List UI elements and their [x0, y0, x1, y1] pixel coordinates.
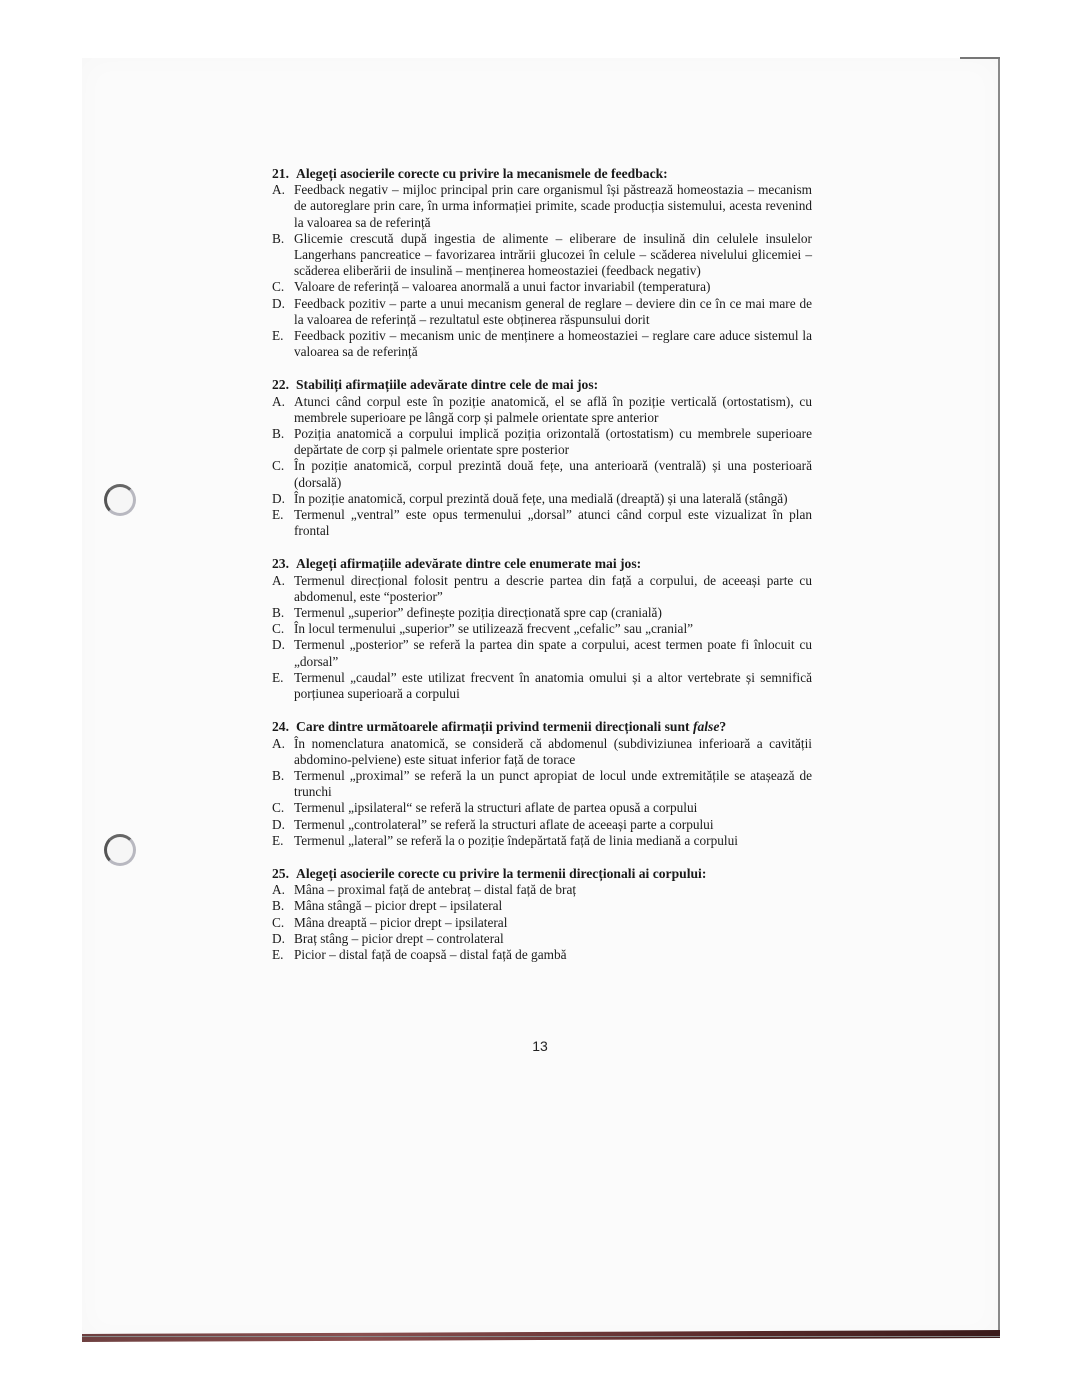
option-letter: E.	[272, 833, 294, 849]
question-22: 22. Stabiliți afirmațiile adevărate dint…	[272, 377, 812, 539]
question-text: Alegeți asocierile corecte cu privire la…	[296, 866, 706, 882]
option-d: D.În poziție anatomică, corpul prezintă …	[272, 491, 812, 507]
question-text-suffix: ?	[719, 719, 726, 734]
option-c: C.Mâna dreaptă – picior drept – ipsilate…	[272, 915, 812, 931]
question-text-emphasis: false	[693, 719, 719, 734]
question-text: Alegeți afirmațiile adevărate dintre cel…	[296, 556, 641, 572]
option-letter: B.	[272, 768, 294, 800]
option-b: B.Termenul „proximal” se referă la un pu…	[272, 768, 812, 800]
option-letter: E.	[272, 670, 294, 702]
option-c: C.În poziție anatomică, corpul prezintă …	[272, 458, 812, 490]
question-title: 25. Alegeți asocierile corecte cu privir…	[272, 866, 812, 882]
option-c: C.Valoare de referință – valoarea anorma…	[272, 279, 812, 295]
option-letter: B.	[272, 605, 294, 621]
option-letter: A.	[272, 736, 294, 768]
option-d: D.Termenul „controlateral” se referă la …	[272, 817, 812, 833]
option-text: Mâna – proximal față de antebraț – dista…	[294, 882, 812, 898]
question-title: 23. Alegeți afirmațiile adevărate dintre…	[272, 556, 812, 572]
option-a: A.Atunci când corpul este în poziție ana…	[272, 394, 812, 426]
option-letter: C.	[272, 621, 294, 637]
option-e: E.Feedback pozitiv – mecanism unic de me…	[272, 328, 812, 360]
option-text: Feedback negativ – mijloc principal prin…	[294, 182, 812, 231]
option-text: Termenul „posterior” se referă la partea…	[294, 637, 812, 669]
option-letter: C.	[272, 915, 294, 931]
question-number: 21.	[272, 166, 296, 182]
option-text: Feedback pozitiv – parte a unui mecanism…	[294, 296, 812, 328]
option-d: D.Feedback pozitiv – parte a unui mecani…	[272, 296, 812, 328]
option-text: În nomenclatura anatomică, se consideră …	[294, 736, 812, 768]
option-e: E.Termenul „caudal” este utilizat frecve…	[272, 670, 812, 702]
option-text: Termenul „controlateral” se referă la st…	[294, 817, 812, 833]
option-e: E.Picior – distal față de coapsă – dista…	[272, 947, 812, 963]
option-text: Mâna dreaptă – picior drept – ipsilatera…	[294, 915, 812, 931]
option-letter: E.	[272, 947, 294, 963]
option-letter: A.	[272, 182, 294, 231]
option-letter: A.	[272, 573, 294, 605]
question-23: 23. Alegeți afirmațiile adevărate dintre…	[272, 556, 812, 702]
option-text: Termenul „superior” definește poziția di…	[294, 605, 812, 621]
option-letter: B.	[272, 898, 294, 914]
option-letter: C.	[272, 458, 294, 490]
question-25: 25. Alegeți asocierile corecte cu privir…	[272, 866, 812, 963]
option-b: B.Termenul „superior” definește poziția …	[272, 605, 812, 621]
option-text: În poziție anatomică, corpul prezintă do…	[294, 458, 812, 490]
option-d: D.Termenul „posterior” se referă la part…	[272, 637, 812, 669]
option-text: Picior – distal față de coapsă – distal …	[294, 947, 812, 963]
punch-hole-icon	[104, 484, 136, 516]
option-text: Termenul „ipsilateral“ se referă la stru…	[294, 800, 812, 816]
option-b: B.Glicemie crescută după ingestia de ali…	[272, 231, 812, 280]
option-a: A.Feedback negativ – mijloc principal pr…	[272, 182, 812, 231]
option-text: Termenul „caudal” este utilizat frecvent…	[294, 670, 812, 702]
option-letter: D.	[272, 637, 294, 669]
option-text: Termenul „lateral” se referă la o poziți…	[294, 833, 812, 849]
option-text: Termenul „proximal” se referă la un punc…	[294, 768, 812, 800]
question-title: 21. Alegeți asocierile corecte cu privir…	[272, 166, 812, 182]
question-24: 24. Care dintre următoarele afirmații pr…	[272, 719, 812, 849]
sheet-edge-top	[960, 57, 1000, 59]
question-number: 25.	[272, 866, 296, 882]
option-c: C.În locul termenului „superior” se util…	[272, 621, 812, 637]
option-letter: D.	[272, 817, 294, 833]
option-text: Atunci când corpul este în poziție anato…	[294, 394, 812, 426]
option-text: Feedback pozitiv – mecanism unic de menț…	[294, 328, 812, 360]
option-text: Mâna stângă – picior drept – ipsilateral	[294, 898, 812, 914]
option-letter: A.	[272, 882, 294, 898]
question-text: Alegeți asocierile corecte cu privire la…	[296, 166, 668, 182]
option-e: E.Termenul „ventral” este opus termenulu…	[272, 507, 812, 539]
option-text: În locul termenului „superior” se utiliz…	[294, 621, 812, 637]
option-text: Valoare de referință – valoarea anormală…	[294, 279, 812, 295]
punch-hole-icon	[104, 834, 136, 866]
question-text-main: Care dintre următoarele afirmații privin…	[296, 719, 693, 734]
question-title: 24. Care dintre următoarele afirmații pr…	[272, 719, 812, 735]
option-letter: C.	[272, 800, 294, 816]
question-text: Care dintre următoarele afirmații privin…	[296, 719, 726, 735]
question-title: 22. Stabiliți afirmațiile adevărate dint…	[272, 377, 812, 393]
option-text: Termenul „ventral” este opus termenului …	[294, 507, 812, 539]
option-letter: B.	[272, 426, 294, 458]
question-number: 22.	[272, 377, 296, 393]
question-21: 21. Alegeți asocierile corecte cu privir…	[272, 166, 812, 360]
option-text: Glicemie crescută după ingestia de alime…	[294, 231, 812, 280]
option-a: A.În nomenclatura anatomică, se consider…	[272, 736, 812, 768]
option-text: În poziție anatomică, corpul prezintă do…	[294, 491, 812, 507]
option-letter: C.	[272, 279, 294, 295]
option-text: Termenul direcțional folosit pentru a de…	[294, 573, 812, 605]
option-letter: E.	[272, 507, 294, 539]
option-d: D.Braț stâng – picior drept – controlate…	[272, 931, 812, 947]
question-number: 24.	[272, 719, 296, 735]
option-b: B.Mâna stângă – picior drept – ipsilater…	[272, 898, 812, 914]
option-b: B.Poziția anatomică a corpului implică p…	[272, 426, 812, 458]
option-a: A.Mâna – proximal față de antebraț – dis…	[272, 882, 812, 898]
option-text: Poziția anatomică a corpului implică poz…	[294, 426, 812, 458]
option-c: C.Termenul „ipsilateral“ se referă la st…	[272, 800, 812, 816]
option-letter: D.	[272, 931, 294, 947]
option-letter: B.	[272, 231, 294, 280]
page-number: 13	[0, 1038, 1080, 1054]
question-number: 23.	[272, 556, 296, 572]
question-text: Stabiliți afirmațiile adevărate dintre c…	[296, 377, 598, 393]
option-letter: E.	[272, 328, 294, 360]
option-letter: D.	[272, 491, 294, 507]
option-letter: A.	[272, 394, 294, 426]
option-letter: D.	[272, 296, 294, 328]
option-text: Braț stâng – picior drept – controlatera…	[294, 931, 812, 947]
question-list: 21. Alegeți asocierile corecte cu privir…	[272, 166, 812, 980]
sheet-edge-bottom	[82, 1336, 1000, 1337]
option-a: A.Termenul direcțional folosit pentru a …	[272, 573, 812, 605]
option-e: E.Termenul „lateral” se referă la o pozi…	[272, 833, 812, 849]
